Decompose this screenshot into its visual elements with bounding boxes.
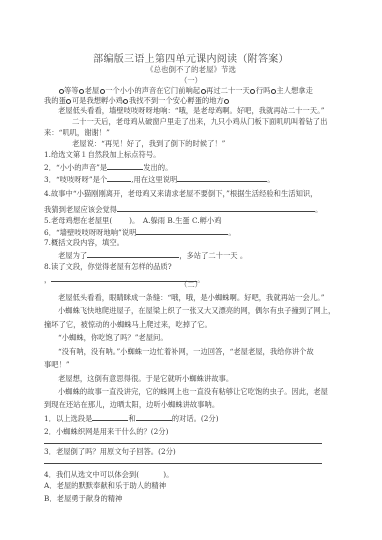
s2-para2-line1: 小蜘蛛飞快地爬进屋子，在屋梁上织了一张又大又漂亮的网，偶尔有虫子撞到了网上， (58, 306, 335, 316)
answer-blank[interactable] (117, 204, 315, 212)
document-title: 部编版三语上第四单元课内阅读（附答案） (0, 50, 382, 65)
blank-circle-icon (79, 89, 84, 94)
s2-para2-line2: 撞坏了它，被惊动的小蜘蛛马上爬过来，吃掉了它。 (44, 320, 212, 330)
question-6: 6．“墙壁吱吱呀呀地响”说明。 (44, 227, 236, 238)
s2-para6-line1: 小蜘蛛的故事一直没讲完，它的蛛网上也一直没有粘够让它吃饱的虫子。因此，老屋 (58, 387, 328, 397)
question-3: 3．“吱吱呀呀”是个,用在这里说明。 (44, 174, 275, 185)
s2-para4-line2: 事吧！” (44, 360, 70, 370)
s2-question-3: 3．老屋倒了吗？用原文句子回答。(2分) (44, 447, 176, 457)
para4: 老屋说：“再见！好了，我到了倒下的时候了！” (72, 139, 225, 149)
question-5: 5.老母鸡想在老屋里( )。 A.躲雨 B.生蛋 C.孵小鸡 (44, 216, 222, 226)
blank-circle-icon (66, 99, 71, 104)
s2-para5: 老屋想，这倒有意思得很。于是它就听小蜘蛛讲故事。 (58, 374, 233, 384)
section-heading-1: （一） (0, 76, 382, 86)
answer-blank[interactable] (107, 174, 131, 182)
s2-para3: “小蜘蛛，你吃饱了吗？”老屋问。 (58, 333, 168, 343)
para1-line1: 等等老屋一个小小的声音在它门前响起再过二十一天行吗主人想拿走 (58, 86, 313, 96)
s2-para4-line1: “没有呐，没有呐。”小蜘蛛一边忙着补网，一边回答，“老屋老屋，我给你讲个故 (58, 347, 314, 357)
answer-blank[interactable] (87, 250, 179, 258)
para1-line2: 我的蛋可是我想孵小鸡我找不到一个安心孵蛋的地方 (44, 96, 230, 106)
blank-circle-icon (224, 99, 229, 104)
question-1: 1.给选文第１自然段加上标点符号。 (44, 150, 160, 160)
section-heading-2: （二） (0, 280, 382, 290)
s2-question-4-option-a: A．老屋的默默奉献和乐于助人的精神 (44, 481, 166, 491)
s2-question-4-option-b: B．老屋勇于献身的精神 (44, 494, 122, 504)
para3-line1: 二十一天后，老母鸡从破窗户里走了出来，九只小鸡从门板下面叽叽叫着钻了出 (72, 117, 327, 127)
answer-blank[interactable] (136, 227, 228, 235)
question-4-line1: 4.故事中“小猫刚刚离开，老母鸡又来请求老屋不要倒下，”根据生活经验和生活知识， (44, 189, 317, 199)
s2-question-1: 1．以上选段是和的对话。(2分) (44, 413, 219, 424)
blank-circle-icon (59, 89, 64, 94)
s2-question-4: 4．我们从选文中可以体会到( )。 (44, 470, 173, 480)
blank-circle-icon (250, 89, 255, 94)
question-7-fill: 老屋为了，多站了二十一天 。 (58, 250, 247, 261)
para3-line2: 来：“叽叽，谢谢！” (44, 128, 110, 138)
para2: 老屋低头看看，墙壁吱吱呀呀地响：“哦，是老母鸡啊。好吧，我就再站二十一天。” (58, 106, 325, 116)
question-7: 7.概括文段内容，填空。 (44, 238, 124, 248)
passage-subtitle: 《总也倒不了的老屋》节选 (0, 64, 382, 75)
blank-circle-icon (201, 89, 206, 94)
question-8: 8.读了文段，你觉得老屋有怎样的品质? (44, 262, 172, 272)
question-2: 2．“小小的声音”是发出的。 (44, 162, 172, 173)
worksheet-page: 部编版三语上第四单元课内阅读（附答案） 《总也倒不了的老屋》节选 （一） 等等老… (0, 0, 382, 540)
s2-para6-line2: 到现在还站在那儿，边晒太阳，边听小蜘蛛讲故事呐。 (44, 400, 219, 410)
answer-blank[interactable] (107, 162, 143, 170)
question-4-line2: 我猜到老屋应该会觉得。 (44, 204, 322, 215)
s2-para1: 老屋低头看看，眼睛眯成一条缝：“哦，哦，是小蜘蛛啊。好吧，我就再站一会儿。” (58, 293, 325, 303)
answer-blank[interactable] (92, 413, 128, 421)
answer-line[interactable] (44, 463, 322, 464)
answer-blank[interactable] (177, 174, 267, 182)
s2-question-2: 2．小蜘蛛织网是用来干什么的？(2分) (44, 427, 168, 437)
blank-circle-icon (123, 99, 128, 104)
answer-line[interactable] (44, 443, 322, 444)
blank-circle-icon (100, 89, 105, 94)
answer-blank[interactable] (136, 413, 172, 421)
